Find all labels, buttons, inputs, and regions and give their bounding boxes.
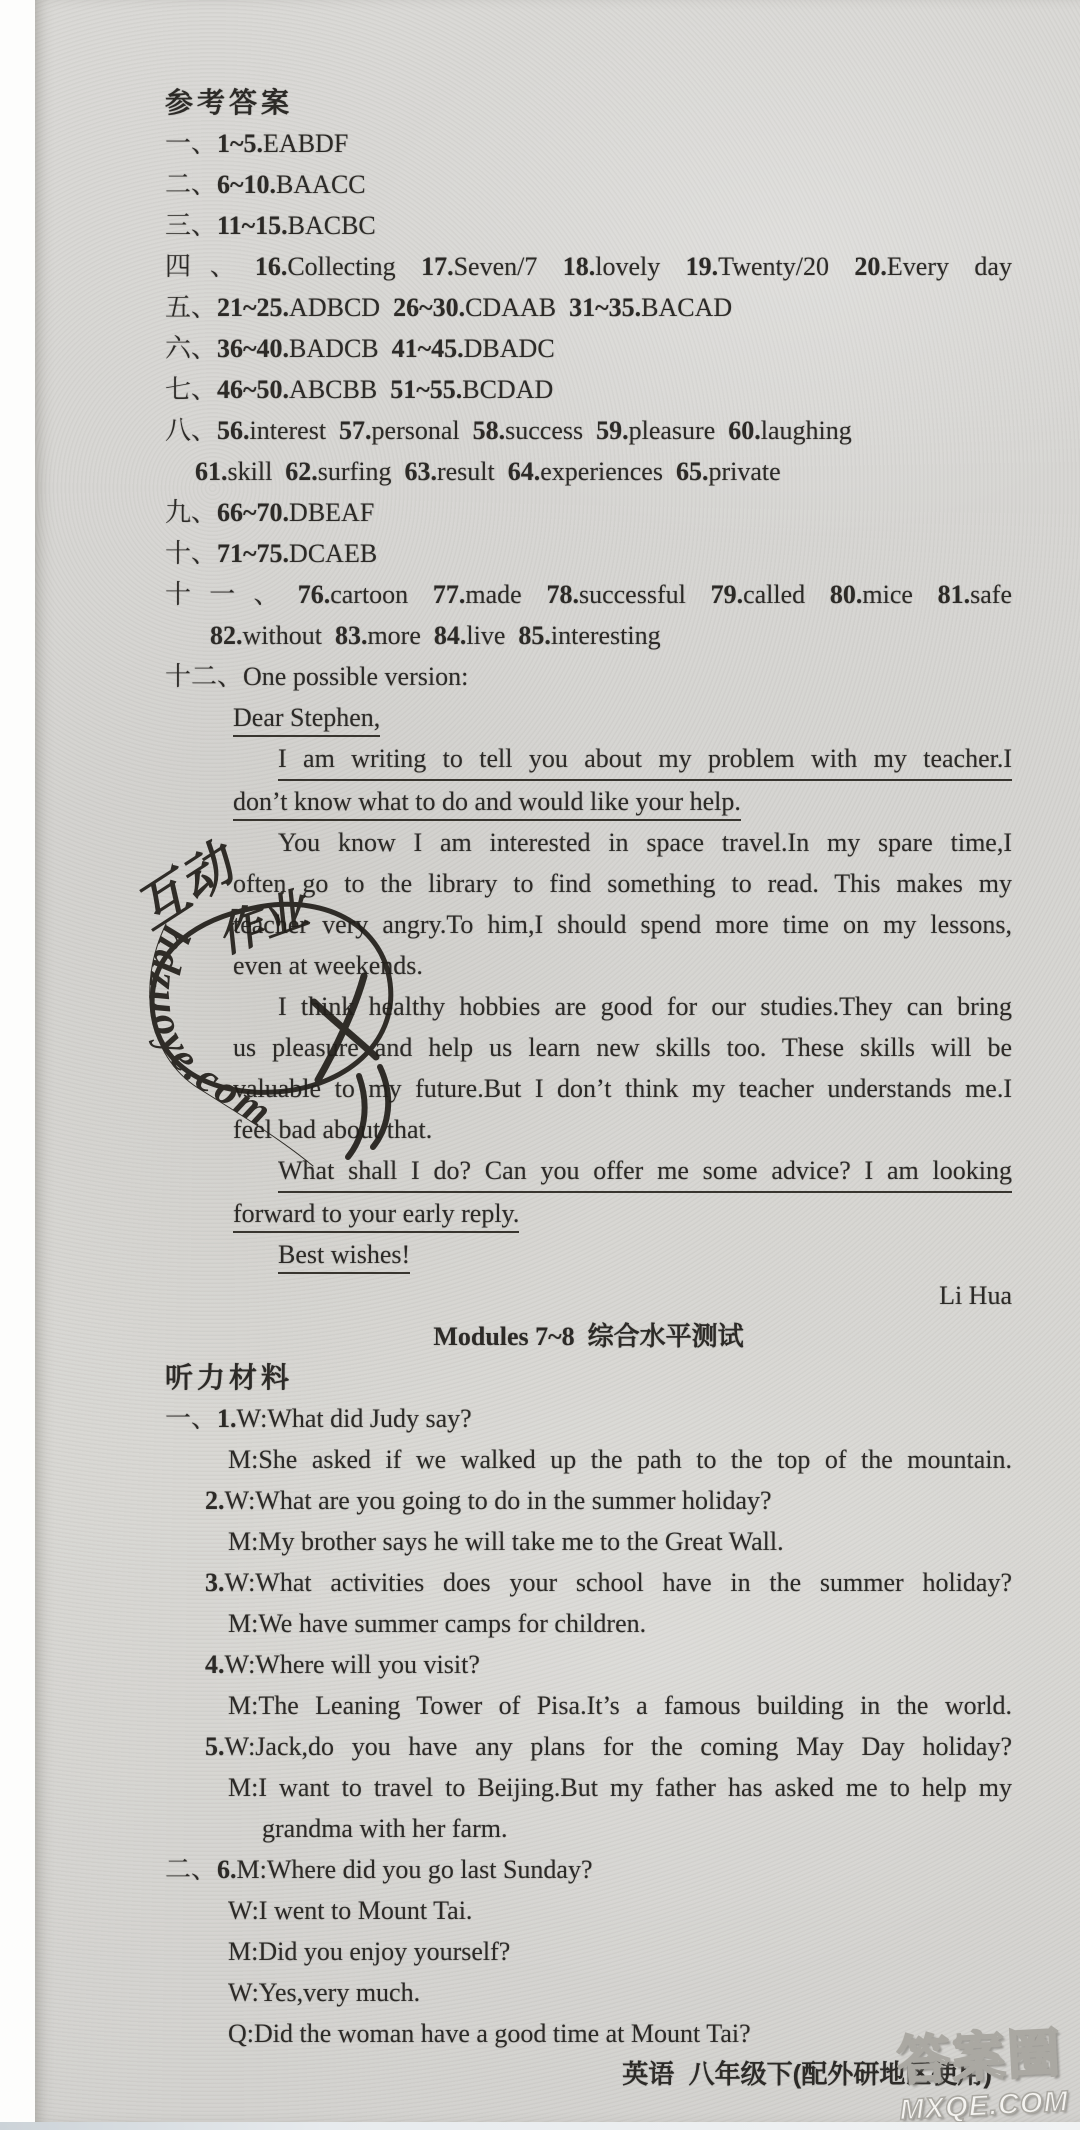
answer-line: 八、56.interest 57.personal 58.success 59.… xyxy=(165,410,1012,451)
signature: Li Hua xyxy=(165,1275,1012,1316)
listening-line: 3.W:What activities does your school hav… xyxy=(205,1562,1012,1603)
hdzuoye-stamp-watermark: 互动 作业 hdzuoye.com xyxy=(118,826,450,1192)
stamp-tail-stroke xyxy=(373,1067,388,1147)
listening-line: Q:Did the woman have a good time at Moun… xyxy=(228,2013,1012,2054)
listening-line: M:I want to travel to Beijing.But my fat… xyxy=(228,1767,1012,1808)
essay-line: don’t know what to do and would like you… xyxy=(233,781,1012,822)
listening-heading: 听力材料 xyxy=(165,1357,1012,1398)
listening-line: 5.W:Jack,do you have any plans for the c… xyxy=(205,1726,1012,1767)
answer-line: 五、21~25.ADBCD 26~30.CDAAB 31~35.BACAD xyxy=(165,287,1012,328)
answer-line: 七、46~50.ABCBB 51~55.BCDAD xyxy=(165,369,1012,410)
scan-edge-left xyxy=(0,0,35,2130)
listening-line: 一、1.W:What did Judy say? xyxy=(165,1398,1012,1439)
answer-line: 三、11~15.BACBC xyxy=(165,205,1012,246)
stamp-domain-script: hdzuoye.com xyxy=(139,920,281,1137)
answer-line: 61.skill 62.surfing 63.result 64.experie… xyxy=(195,451,1012,492)
listening-line: 二、6.M:Where did you go last Sunday? xyxy=(165,1849,1012,1890)
stamp-tail-stroke xyxy=(348,1076,365,1157)
listening-line: grandma with her farm. xyxy=(262,1808,1012,1849)
listening-line: 2.W:What are you going to do in the summ… xyxy=(205,1480,1012,1521)
essay-line: I am writing to tell you about my proble… xyxy=(278,738,1012,781)
stamp-cross-stroke xyxy=(314,1002,376,1057)
essay-line: forward to your early reply. xyxy=(233,1193,1012,1234)
listening-line: 4.W:Where will you visit? xyxy=(205,1644,1012,1685)
listening-line: M:We have summer camps for children. xyxy=(228,1603,1012,1644)
answer-line: 十、71~75.DCAEB xyxy=(165,533,1012,574)
scanned-answer-page: { "page": { "lines": [ {"n":"page-title"… xyxy=(0,0,1080,2130)
answer-line: 二、6~10.BAACC xyxy=(165,164,1012,205)
answer-line: 十二、One possible version: xyxy=(165,656,1012,697)
answer-line: 四、16.Collecting 17.Seven/7 18.lovely 19.… xyxy=(165,246,1012,287)
answer-line: 六、36~40.BADCB 41~45.DBADC xyxy=(165,328,1012,369)
answer-line: 十一、76.cartoon 77.made 78.successful 79.c… xyxy=(165,574,1012,615)
listening-line: M:The Leaning Tower of Pisa.It’s a famou… xyxy=(228,1685,1012,1726)
listening-line: W:Yes,very much. xyxy=(228,1972,1012,2013)
listening-line: W:I went to Mount Tai. xyxy=(228,1890,1012,1931)
watermark-brand: 答案圈 xyxy=(896,2025,1080,2089)
scan-edge-bottom xyxy=(0,2122,1080,2130)
mxqe-corner-watermark: 答案圈 MXQE.COM xyxy=(896,2025,1080,2126)
essay-line: Dear Stephen, xyxy=(233,697,1012,738)
answer-line: 82.without 83.more 84.live 85.interestin… xyxy=(210,615,1012,656)
listening-line: M:She asked if we walked up the path to … xyxy=(228,1439,1012,1480)
svg-text:hdzuoye.com: hdzuoye.com xyxy=(139,920,281,1137)
answer-line: 九、66~70.DBEAF xyxy=(165,492,1012,533)
test-title: Modules 7~8 综合水平测试 xyxy=(165,1316,1012,1357)
page-title: 参考答案 xyxy=(165,82,1012,123)
footer-edition-label: 英语 八年级下(配外研地区使用) xyxy=(165,2054,1012,2095)
listening-line: M:My brother says he will take me to the… xyxy=(228,1521,1012,1562)
listening-line: M:Did you enjoy yourself? xyxy=(228,1931,1012,1972)
answer-line: 一、1~5.EABDF xyxy=(165,123,1012,164)
essay-line: Best wishes! xyxy=(278,1234,1012,1275)
